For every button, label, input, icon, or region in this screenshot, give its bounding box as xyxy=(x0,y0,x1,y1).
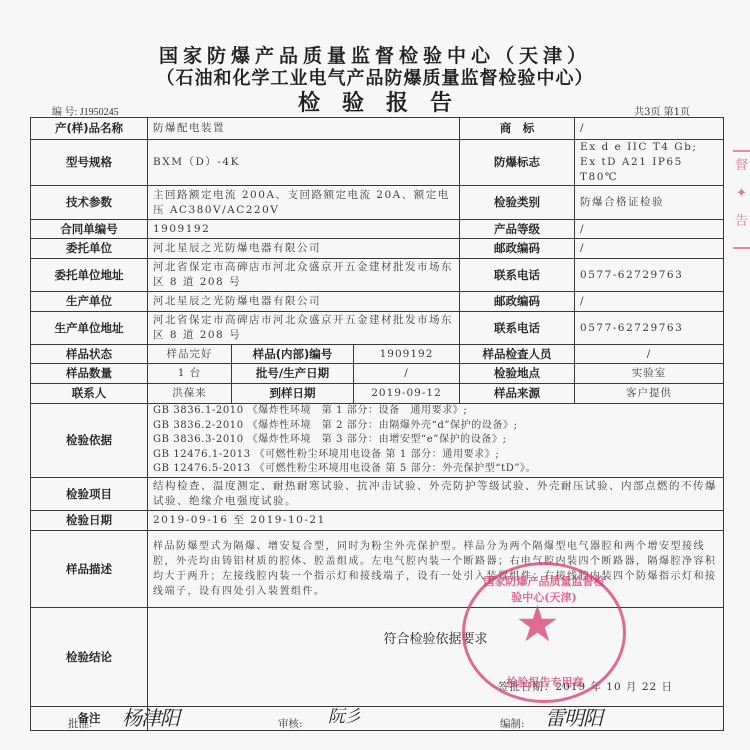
table-row: 样品数量 1 台 批号/生产日期 / 检验地点 实验室 xyxy=(31,364,724,384)
sample-inspector-value: / xyxy=(575,345,724,364)
ex-marking-line: Ex d e IIC T4 Gb; xyxy=(580,140,718,155)
table-row: 产(样)品名称 防爆配电装置 商 标 / xyxy=(31,118,724,140)
ex-marking-label: 防爆标志 xyxy=(460,140,575,186)
ex-marking-line: T80℃ xyxy=(580,170,718,185)
product-name-value: 防爆配电装置 xyxy=(148,118,460,140)
standard-line: GB 12476.1-2013 《可燃性粉尘环境用电设备 第 1 部分：通用要求… xyxy=(153,448,718,463)
client-address-value: 河北省保定市高碑店市河北众盛京开五金建材批发市场东区 8 道 208 号 xyxy=(148,259,460,292)
table-row: 型号规格 BXM（D）-4K 防爆标志 Ex d e IIC T4 Gb; Ex… xyxy=(31,140,724,186)
table-row: 检验项目 结构检查、温度测定、耐热耐寒试验、抗冲击试验、外壳防护等级试验、外壳耐… xyxy=(31,478,724,511)
conclusion-cell: 符合检验依据要求 签批日期：2019 年 10 月 22 日 xyxy=(148,608,724,707)
model-value: BXM（D）-4K xyxy=(148,140,460,186)
compile-label: 编制: xyxy=(500,716,525,731)
conclusion-value: 符合检验依据要求 xyxy=(148,632,723,647)
client-value: 河北星辰之光防爆电器有限公司 xyxy=(148,239,460,259)
batch-date-value: / xyxy=(354,364,460,384)
sample-inspector-label: 样品检查人员 xyxy=(460,345,575,364)
manufacturer-value: 河北星辰之光防爆电器有限公司 xyxy=(148,292,460,312)
manufacturer-phone-value: 0577-62729763 xyxy=(575,312,724,345)
test-items-value: 结构检查、温度测定、耐热耐寒试验、抗冲击试验、外壳防护等级试验、外壳耐压试验、内… xyxy=(148,478,724,511)
sample-description-value: 样品防爆型式为隔爆、增安复合型，同时为粉尘外壳保护型。样品分为两个隔爆型电气器腔… xyxy=(148,531,724,608)
table-row: 检验依据 GB 3836.1-2010 《爆炸性环境 第 1 部分：设备 通用要… xyxy=(31,404,724,478)
margin-seal: 督 ✦ 告 xyxy=(733,150,750,249)
table-row: 生产单位地址 河北省保定市高碑店市河北众盛京开五金建材批发市场东区 8 道 20… xyxy=(31,312,724,345)
standard-line: GB 3836.3-2010 《爆炸性环境 第 3 部分：由增安型“e”保护的设… xyxy=(153,433,718,448)
sample-source-label: 样品来源 xyxy=(460,384,575,404)
test-location-value: 实验室 xyxy=(575,364,724,384)
sign-date: 签批日期：2019 年 10 月 22 日 xyxy=(498,680,673,695)
test-dates-label: 检验日期 xyxy=(31,511,148,531)
report-number: 编 号: J1950245 xyxy=(52,103,119,118)
table-row: 检验日期 2019-09-16 至 2019-10-21 xyxy=(31,511,724,531)
manufacturer-address-label: 生产单位地址 xyxy=(31,312,148,345)
product-grade-value: / xyxy=(575,220,724,239)
approve-label: 批准: xyxy=(68,716,93,731)
product-name-label: 产(样)品名称 xyxy=(31,118,148,140)
sample-status-value: 样品完好 xyxy=(148,345,232,364)
trademark-label: 商 标 xyxy=(460,118,575,140)
sample-qty-label: 样品数量 xyxy=(31,364,148,384)
standard-line: GB 12476.5-2013 《可燃性粉尘环境用电设备 第 5 部分：外壳保护… xyxy=(153,462,718,477)
table-row: 联系人 洪葆来 到样日期 2019-09-12 样品来源 客户提供 xyxy=(31,384,724,404)
conclusion-label: 检验结论 xyxy=(31,608,148,707)
manufacturer-postcode-label: 邮政编码 xyxy=(460,292,575,312)
table-row: 检验结论 符合检验依据要求 签批日期：2019 年 10 月 22 日 xyxy=(31,608,724,707)
standard-line: GB 3836.2-2010 《爆炸性环境 第 2 部分：由隔爆外壳“d”保护的… xyxy=(153,419,718,434)
signature-footer: 批准: 杨津阳 审核: 阮彡 编制: 雷明阳 xyxy=(0,708,750,738)
contact-value: 洪葆来 xyxy=(148,384,232,404)
sample-source-value: 客户提供 xyxy=(575,384,724,404)
sample-internal-no-label: 样品(内部)编号 xyxy=(232,345,354,364)
test-basis-label: 检验依据 xyxy=(31,404,148,478)
table-row: 委托单位 河北星辰之光防爆电器有限公司 邮政编码 / xyxy=(31,239,724,259)
approve-signature: 杨津阳 xyxy=(122,702,179,731)
table-row: 委托单位地址 河北省保定市高碑店市河北众盛京开五金建材批发市场东区 8 道 20… xyxy=(31,259,724,292)
client-phone-value: 0577-62729763 xyxy=(575,259,724,292)
test-basis-value: GB 3836.1-2010 《爆炸性环境 第 1 部分：设备 通用要求》; G… xyxy=(148,404,724,478)
product-grade-label: 产品等级 xyxy=(460,220,575,239)
table-row: 合同单编号 1909192 产品等级 / xyxy=(31,220,724,239)
review-signature: 阮彡 xyxy=(328,702,360,727)
batch-date-label: 批号/生产日期 xyxy=(232,364,354,384)
test-location-label: 检验地点 xyxy=(460,364,575,384)
contract-no-label: 合同单编号 xyxy=(31,220,148,239)
arrival-date-value: 2019-09-12 xyxy=(354,384,460,404)
standard-line: GB 3836.1-2010 《爆炸性环境 第 1 部分：设备 通用要求》; xyxy=(153,404,718,419)
client-postcode-value: / xyxy=(575,239,724,259)
test-dates-value: 2019-09-16 至 2019-10-21 xyxy=(148,511,724,531)
tech-params-value: 主回路额定电流 200A、支回路额定电流 20A、额定电压 AC380V/AC2… xyxy=(148,186,460,220)
margin-seal-char: 督 xyxy=(733,152,750,180)
contact-label: 联系人 xyxy=(31,384,148,404)
tech-params-label: 技术参数 xyxy=(31,186,148,220)
margin-seal-char: 告 xyxy=(733,208,750,236)
sample-status-label: 样品状态 xyxy=(31,345,148,364)
review-label: 审核: xyxy=(278,716,303,731)
sample-qty-value: 1 台 xyxy=(148,364,232,384)
trademark-value: / xyxy=(575,118,724,140)
compile-signature: 雷明阳 xyxy=(545,702,602,731)
test-type-label: 检验类别 xyxy=(460,186,575,220)
table-row: 样品状态 样品完好 样品(内部)编号 1909192 样品检查人员 / xyxy=(31,345,724,364)
report-table: 产(样)品名称 防爆配电装置 商 标 / 型号规格 BXM（D）-4K 防爆标志… xyxy=(30,117,724,731)
table-row: 生产单位 河北星辰之光防爆电器有限公司 邮政编码 / xyxy=(31,292,724,312)
manufacturer-label: 生产单位 xyxy=(31,292,148,312)
model-label: 型号规格 xyxy=(31,140,148,186)
test-type-value: 防爆合格证检验 xyxy=(575,186,724,220)
client-label: 委托单位 xyxy=(31,239,148,259)
page-info: 共3页 第1页 xyxy=(634,103,690,118)
manufacturer-address-value: 河北省保定市高碑店市河北众盛京开五金建材批发市场东区 8 道 208 号 xyxy=(148,312,460,345)
ex-marking-line: Ex tD A21 IP65 xyxy=(580,155,718,170)
table-row: 样品描述 样品防爆型式为隔爆、增安复合型，同时为粉尘外壳保护型。样品分为两个隔爆… xyxy=(31,531,724,608)
margin-seal-char: ✦ xyxy=(733,180,750,208)
client-address-label: 委托单位地址 xyxy=(31,259,148,292)
table-row: 技术参数 主回路额定电流 200A、支回路额定电流 20A、额定电压 AC380… xyxy=(31,186,724,220)
sample-internal-no-value: 1909192 xyxy=(354,345,460,364)
manufacturer-phone-label: 联系电话 xyxy=(460,312,575,345)
manufacturer-postcode-value: / xyxy=(575,292,724,312)
sample-description-label: 样品描述 xyxy=(31,531,148,608)
client-postcode-label: 邮政编码 xyxy=(460,239,575,259)
client-phone-label: 联系电话 xyxy=(460,259,575,292)
ex-marking-value: Ex d e IIC T4 Gb; Ex tD A21 IP65 T80℃ xyxy=(575,140,724,186)
contract-no-value: 1909192 xyxy=(148,220,460,239)
arrival-date-label: 到样日期 xyxy=(232,384,354,404)
test-items-label: 检验项目 xyxy=(31,478,148,511)
